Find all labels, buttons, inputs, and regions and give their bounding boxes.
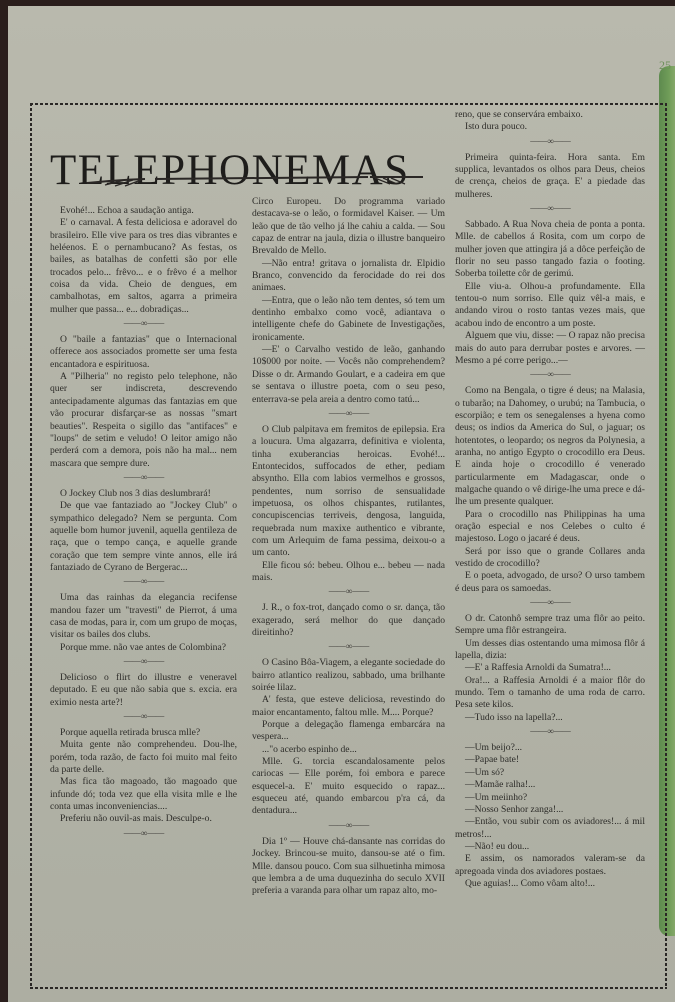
section-separator-icon: ∞ [455, 203, 645, 213]
separator-glyph: ∞ [345, 820, 352, 830]
paragraph: —Entra, que o leão não tem dentes, só te… [252, 295, 445, 344]
paragraph: Mas fica tão magoado, tão magoado que in… [50, 776, 237, 813]
separator-glyph: ∞ [546, 136, 553, 146]
paragraph: —Nosso Senhor zanga!... [455, 804, 645, 816]
paragraph: Porque aquella retirada brusca mlle? [50, 727, 237, 739]
page-number: 25 [659, 58, 671, 73]
paragraph: E o poeta, advogado, de urso? O urso tam… [455, 570, 645, 595]
paragraph: Elle viu-a. Olhou-a profundamente. Ella … [455, 281, 645, 330]
section-separator-icon: ∞ [455, 136, 645, 146]
separator-glyph: ∞ [546, 203, 553, 213]
paragraph: Elle ficou só: bebeu. Olhou e... bebeu —… [252, 560, 445, 585]
paragraph: O "baile a fantazias" que o Internaciona… [50, 334, 237, 371]
separator-glyph: ∞ [345, 586, 352, 596]
paragraph: Preferiu não ouvil-as mais. Desculpe-o. [50, 813, 237, 825]
paragraph: —Tudo isso na lapella?... [455, 712, 645, 724]
paragraph: —Um só? [455, 767, 645, 779]
column-2: Circo Europeu. Do programma variado dest… [252, 196, 445, 898]
paragraph: Alguem que viu, disse: — O rapaz não pre… [455, 330, 645, 367]
paragraph: Uma das rainhas da elegancia recifense m… [50, 592, 237, 641]
magazine-page: 25 TELEPHONEMAS Evohé!... Echoa a saudaç… [8, 6, 675, 1002]
paragraph: O Jockey Club nos 3 dias deslumbrará! [50, 488, 237, 500]
section-separator-icon: ∞ [50, 576, 237, 586]
paragraph: J. R., o fox-trot, dançado como o sr. da… [252, 602, 445, 639]
separator-glyph: ∞ [345, 408, 352, 418]
separator-glyph: ∞ [140, 828, 147, 838]
paragraph: E assim, os namorados valeram-se da apre… [455, 853, 645, 878]
paragraph: —Mamãe ralha!... [455, 779, 645, 791]
paragraph: Que aguias!... Como vôam alto!... [455, 878, 645, 890]
paragraph: Porque mme. não vae antes de Colombina? [50, 642, 237, 654]
paragraph: Muita gente não comprehendeu. Dou-lhe, p… [50, 739, 237, 776]
separator-glyph: ∞ [546, 597, 553, 607]
paragraph: —Um meiinho? [455, 792, 645, 804]
paragraph: —E' o Carvalho vestido de leão, ganhando… [252, 344, 445, 406]
paragraph: A' festa, que esteve deliciosa, revestin… [252, 694, 445, 719]
paragraph: O dr. Catonhô sempre traz uma flôr ao pe… [455, 613, 645, 638]
paragraph: Evohé!... Echoa a saudação antiga. [50, 205, 237, 217]
column-1: Evohé!... Echoa a saudação antiga.E' o c… [50, 205, 237, 844]
paragraph: A "Pilheria" no registo pelo telephone, … [50, 371, 237, 470]
section-separator-icon: ∞ [252, 641, 445, 651]
paragraph: E' o carnaval. A festa deliciosa e adora… [50, 217, 237, 316]
paragraph: Porque a delegação flamenga embarcára na… [252, 719, 445, 744]
paragraph: —Um beijo?... [455, 742, 645, 754]
paragraph: Para o crocodillo nas Philippinas ha uma… [455, 509, 645, 546]
paragraph: ..."o acerbo espinho de... [252, 744, 445, 756]
separator-glyph: ∞ [140, 711, 147, 721]
paragraph: —Então, vou subir com os aviadores!... á… [455, 816, 645, 841]
dotted-border-right [665, 103, 667, 989]
separator-glyph: ∞ [140, 318, 147, 328]
section-separator-icon: ∞ [252, 586, 445, 596]
section-separator-icon: ∞ [50, 711, 237, 721]
paragraph: Sabbado. A Rua Nova cheia de ponta a pon… [455, 219, 645, 281]
section-separator-icon: ∞ [50, 656, 237, 666]
paragraph: Primeira quinta-feira. Hora santa. Em su… [455, 152, 645, 201]
paragraph: —E' a Raffesia Arnoldi da Sumatra!... [455, 662, 645, 674]
section-separator-icon: ∞ [252, 408, 445, 418]
separator-glyph: ∞ [345, 641, 352, 651]
column-3: reno, que se conservára embaixo.Isto dur… [455, 109, 645, 890]
article-frame: TELEPHONEMAS Evohé!... Echoa a saudação … [30, 103, 667, 989]
paragraph: Delicioso o flirt do illustre e venerave… [50, 672, 237, 709]
paragraph: Mlle. G. torcia escandalosamente pelos c… [252, 756, 445, 818]
section-separator-icon: ∞ [50, 472, 237, 482]
paragraph: O Casino Bôa-Viagem, a elegante sociedad… [252, 657, 445, 694]
paragraph: reno, que se conservára embaixo. [455, 109, 645, 121]
section-separator-icon: ∞ [50, 318, 237, 328]
dotted-border-top [30, 103, 667, 105]
paragraph: —Não entra! gritava o jornalista dr. Elp… [252, 258, 445, 295]
paragraph: O Club palpitava em fremitos de epilepsi… [252, 424, 445, 560]
section-separator-icon: ∞ [50, 828, 237, 838]
separator-glyph: ∞ [140, 656, 147, 666]
paragraph: Isto dura pouco. [455, 121, 645, 133]
separator-glyph: ∞ [546, 369, 553, 379]
section-separator-icon: ∞ [455, 369, 645, 379]
paragraph: Circo Europeu. Do programma variado dest… [252, 196, 445, 258]
separator-glyph: ∞ [546, 726, 553, 736]
section-separator-icon: ∞ [252, 820, 445, 830]
paragraph: Como na Bengala, o tigre é deus; na Mala… [455, 385, 645, 508]
paragraph: —Não! eu dou... [455, 841, 645, 853]
ornamental-rule-icon [85, 175, 425, 187]
paragraph: Um desses dias ostentando uma mimosa flô… [455, 638, 645, 663]
dotted-border-left [30, 103, 32, 989]
separator-glyph: ∞ [140, 576, 147, 586]
paragraph: —Papae bate! [455, 754, 645, 766]
paragraph: De que vae fantaziado ao "Jockey Club" o… [50, 500, 237, 574]
article-title: TELEPHONEMAS [50, 146, 450, 195]
separator-glyph: ∞ [140, 472, 147, 482]
paragraph: Será por isso que o grande Collares anda… [455, 546, 645, 571]
section-separator-icon: ∞ [455, 726, 645, 736]
paragraph: Dia 1º — Houve chá-dansante nas corridas… [252, 836, 445, 898]
section-separator-icon: ∞ [455, 597, 645, 607]
dotted-border-bottom [30, 987, 667, 989]
paragraph: Ora!... a Raffesia Arnoldi é a maior flô… [455, 675, 645, 712]
